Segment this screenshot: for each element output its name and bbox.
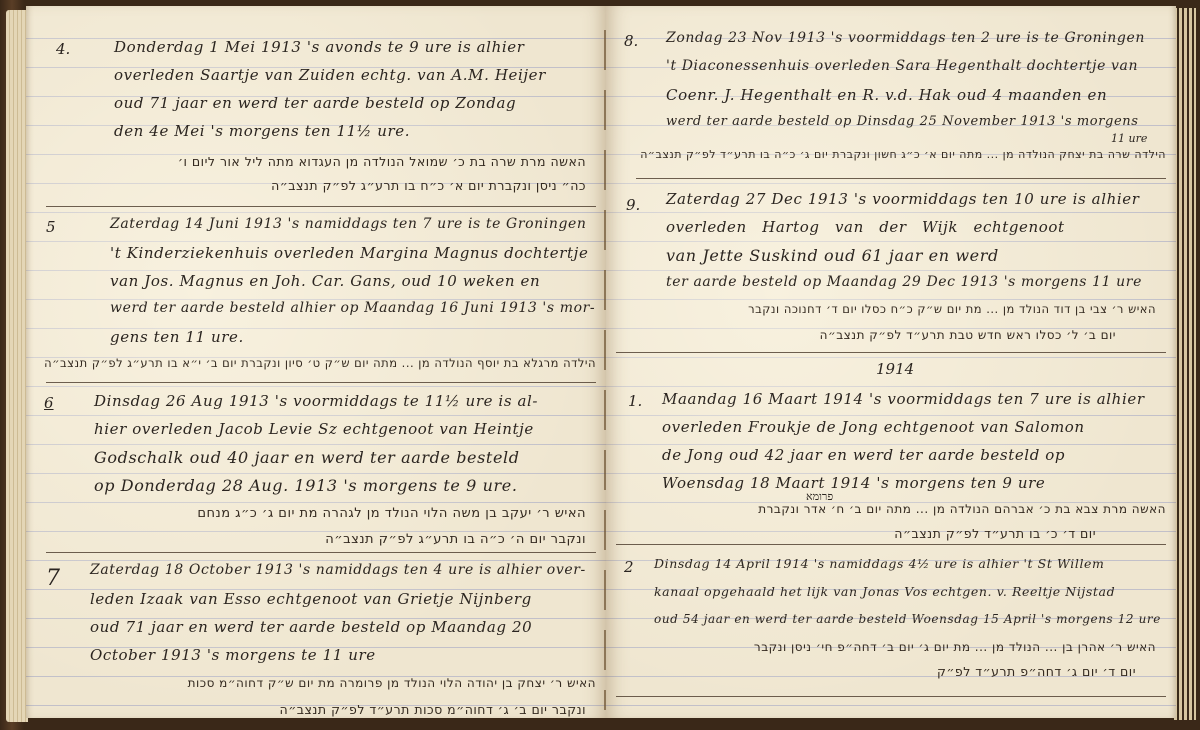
entry-text-line: den 4e Mei 's morgens ten 11½ ure. <box>114 122 410 140</box>
entry-number: 7 <box>46 566 60 591</box>
entry-number: 4. <box>56 40 70 58</box>
entry-text-line: hier overleden Jacob Levie Sz echtgenoot… <box>94 420 534 438</box>
entry-text-line: Dinsdag 14 April 1914 's namiddags 4½ ur… <box>654 556 1105 571</box>
hebrew-text-line: האיש ר׳ יצחק בן יהודה הלוי הנולד מן פרומ… <box>188 676 596 690</box>
hebrew-text-line: יום ד׳ יום ג׳ דחה״פ תרע״ד לפ״ק <box>937 664 1136 679</box>
entry-divider <box>616 352 1166 353</box>
entry-number: 6 <box>44 394 54 412</box>
hebrew-text-line: האיש ר׳ יעקב בן משה הלוי הנולד מן לגהרה … <box>197 506 586 521</box>
entry-text-line: oud 71 jaar en werd ter aarde besteld op… <box>90 618 532 636</box>
entry-divider <box>46 552 596 553</box>
page-edges-left <box>6 10 28 722</box>
entry-text-line: overleden Froukje de Jong echtgenoot van… <box>662 418 1085 436</box>
open-register-book: 4. Donderdag 1 Mei 1913 's avonds te 9 u… <box>0 0 1200 730</box>
entry-number: 5 <box>46 218 56 236</box>
entry-text-line: ter aarde besteld op Maandag 29 Dec 1913… <box>666 274 1142 290</box>
entry-text-line: overleden Saartje van Zuiden echtg. van … <box>114 66 546 84</box>
entry-text-line: October 1913 's morgens te 11 ure <box>90 646 376 664</box>
entry-text-line: Zaterdag 14 Juni 1913 's namiddags ten 7… <box>110 216 587 232</box>
hebrew-text-line: הילדה מרגלא בת יוסף הנולדה מן ... מתה יו… <box>44 356 596 370</box>
entry-margin-note: 11 ure <box>1111 132 1147 145</box>
entry-text-line: oud 71 jaar en werd ter aarde besteld op… <box>114 94 516 112</box>
hebrew-text-line: האיש ר׳ אהרן בן ... הנולד מן ... מת יום … <box>754 640 1156 654</box>
hebrew-text-line: ונקבר יום ה׳ כ״ה בו תרע״ג לפ״ק תנצב״ה <box>325 532 586 547</box>
entry-text-line: de Jong oud 42 jaar en werd ter aarde be… <box>662 446 1065 464</box>
entry-text-line: Coenr. J. Hegenthalt en R. v.d. Hak oud … <box>666 86 1107 104</box>
hebrew-text-line: יום ב׳ ל׳ כסלו ראש חדש טבת תרע״ד לפ״ק תנ… <box>820 328 1116 342</box>
entry-text-line: 't Diaconessenhuis overleden Sara Hegent… <box>666 58 1138 74</box>
entry-text-line: Woensdag 18 Maart 1914 's morgens ten 9 … <box>662 474 1045 492</box>
entry-divider <box>616 544 1166 545</box>
year-heading: 1914 <box>876 360 914 378</box>
entry-text-line: gens ten 11 ure. <box>110 328 244 346</box>
entry-text-line: werd ter aarde besteld alhier op Maandag… <box>110 300 595 316</box>
hebrew-text-line: הילדה שרה בת יצחק הנולדה מן ... מתה יום … <box>640 148 1166 161</box>
entry-text-line: Donderdag 1 Mei 1913 's avonds te 9 ure … <box>114 38 524 56</box>
entry-number: 2 <box>624 558 634 576</box>
entry-divider <box>616 696 1166 697</box>
entry-text-line: van Jos. Magnus en Joh. Car. Gans, oud 1… <box>110 272 540 290</box>
entry-text-line: overleden Hartog van der Wijk echtgenoot <box>666 218 1065 236</box>
entry-number: 1. <box>628 392 642 410</box>
entry-divider <box>46 206 596 207</box>
hebrew-text-line: האיש ר׳ צבי בן דוד הנולד מן ... מת יום ש… <box>748 302 1156 316</box>
entry-text-line: kanaal opgehaald het lijk van Jonas Vos … <box>654 584 1115 599</box>
hebrew-text-line: האשה מרת צבא בת כ׳ אברהם הנולדה מן ... מ… <box>758 502 1166 516</box>
entry-number: 9. <box>626 196 640 214</box>
hebrew-text-line: ונקבר יום ב׳ ג׳ דחוה״מ סכות תרע״ד לפ״ק ת… <box>280 702 586 717</box>
entry-text-line: Zondag 23 Nov 1913 's voormiddags ten 2 … <box>666 30 1145 46</box>
page-edges-right <box>1174 8 1196 720</box>
entry-number: 8. <box>624 32 638 50</box>
right-page: 8. Zondag 23 Nov 1913 's voormiddags ten… <box>606 6 1176 718</box>
entry-text-line: van Jette Suskind oud 61 jaar en werd <box>666 246 999 265</box>
entry-text-line: Maandag 16 Maart 1914 's voormiddags ten… <box>662 390 1145 408</box>
entry-text-line: leden Izaak van Esso echtgenoot van Grie… <box>90 590 532 608</box>
entry-text-line: Godschalk oud 40 jaar en werd ter aarde … <box>94 448 520 467</box>
entry-divider <box>636 178 1166 179</box>
hebrew-text-line: יום ד׳ כ׳ בו תרע״ד לפ״ק תנצב״ה <box>894 526 1096 541</box>
hebrew-text-line: כה״ ניסן ונקברת יום א׳ כ״ח בו תרע״ג לפ״ק… <box>271 178 586 193</box>
entry-text-line: Dinsdag 26 Aug 1913 's voormiddags te 11… <box>94 392 538 410</box>
entry-text-line: 't Kinderziekenhuis overleden Margina Ma… <box>110 244 588 262</box>
entry-text-line: werd ter aarde besteld op Dinsdag 25 Nov… <box>666 114 1139 129</box>
left-page: 4. Donderdag 1 Mei 1913 's avonds te 9 u… <box>26 6 607 718</box>
entry-text-line: Zaterdag 27 Dec 1913 's voormiddags ten … <box>666 190 1140 208</box>
entry-divider <box>46 382 596 383</box>
entry-text-line: oud 54 jaar en werd ter aarde besteld Wo… <box>654 612 1161 626</box>
entry-text-line: Zaterdag 18 October 1913 's namiddags te… <box>90 562 586 578</box>
hebrew-text-line: האשה מרת שרה בת כ׳ שמואל הנולדה מן העגדו… <box>178 154 586 169</box>
entry-text-line: op Donderdag 28 Aug. 1913 's morgens te … <box>94 476 518 495</box>
